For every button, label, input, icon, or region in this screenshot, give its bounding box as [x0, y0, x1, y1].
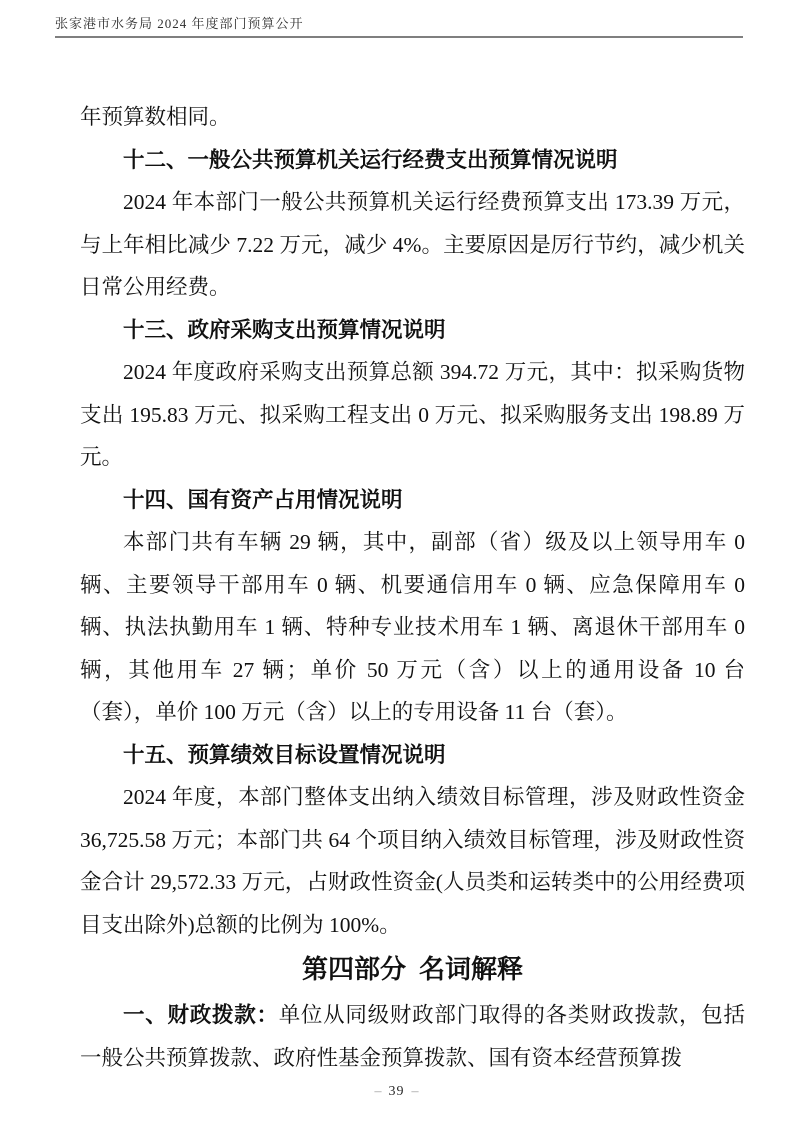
section-heading-15: 十五、预算绩效目标设置情况说明 — [80, 734, 745, 777]
footer-dash-left: – — [368, 1084, 389, 1099]
header-rule — [55, 36, 743, 38]
document-body: 年预算数相同。 十二、一般公共预算机关运行经费支出预算情况说明 2024 年本部… — [80, 96, 745, 1079]
section-body-12: 2024 年本部门一般公共预算机关运行经费预算支出 173.39 万元，与上年相… — [80, 181, 745, 309]
footer-page-number: 39 — [389, 1084, 405, 1099]
section-heading-14: 十四、国有资产占用情况说明 — [80, 479, 745, 522]
part4-title: 第四部分 名词解释 — [80, 946, 745, 994]
section-body-14: 本部门共有车辆 29 辆，其中，副部（省）级及以上领导用车 0 辆、主要领导干部… — [80, 521, 745, 734]
page-header: 张家港市水务局 2024 年度部门预算公开 — [55, 14, 743, 38]
section-heading-12: 十二、一般公共预算机关运行经费支出预算情况说明 — [80, 139, 745, 182]
term1-lead: 一、财政拨款： — [123, 1003, 279, 1027]
page-footer: –39– — [0, 1083, 793, 1101]
section-heading-13: 十三、政府采购支出预算情况说明 — [80, 309, 745, 352]
document-page: 张家港市水务局 2024 年度部门预算公开 年预算数相同。 十二、一般公共预算机… — [0, 0, 793, 1122]
paragraph-intro-tail: 年预算数相同。 — [80, 96, 745, 139]
page-header-title: 张家港市水务局 2024 年度部门预算公开 — [55, 14, 743, 34]
section-body-15: 2024 年度，本部门整体支出纳入绩效目标管理，涉及财政性资金 36,725.5… — [80, 776, 745, 946]
section-body-13: 2024 年度政府采购支出预算总额 394.72 万元，其中：拟采购货物支出 1… — [80, 351, 745, 479]
footer-dash-right: – — [405, 1084, 426, 1099]
term-paragraph-1: 一、财政拨款：单位从同级财政部门取得的各类财政拨款，包括一般公共预算拨款、政府性… — [80, 994, 745, 1079]
